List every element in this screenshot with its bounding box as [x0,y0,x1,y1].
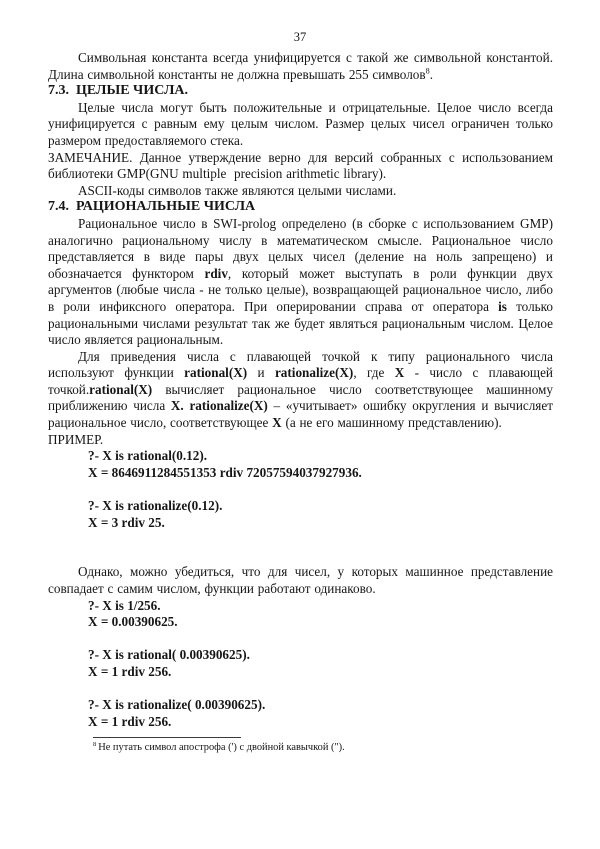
text-run: . [430,67,433,82]
text-run: Однако, можно убедиться, что для чисел, … [48,564,553,596]
text-run: ЗАМЕЧАНИЕ. Данное утверждение верно для … [48,150,553,182]
text-run: ПРИМЕР. [48,432,103,447]
paragraph: ASCII-коды символов также являются целым… [48,183,553,200]
text-run: X. rationalize(X) [171,398,268,413]
text-run: 7.4. РАЦИОНАЛЬНЫЕ ЧИСЛА [48,199,255,214]
footnote-text: 8Не путать символ апострофа (') с двойно… [93,741,553,754]
text-run: ASCII-коды символов также являются целым… [78,183,396,198]
footnote-area: 8Не путать символ апострофа (') с двойно… [93,737,553,754]
section-heading: 7.3. ЦЕЛЫЕ ЧИСЛА. [48,83,553,100]
code-line: X = 0.00390625. [48,614,553,631]
code-line: ?- X is rationalize( 0.00390625). [48,697,553,714]
text-run: rationalize(X) [275,365,353,380]
code-line: ?- X is rationalize(0.12). [48,498,553,515]
paragraph: Целые числа могут быть положительные и о… [48,100,553,150]
footnote-divider [93,737,241,738]
code-line: X = 1 rdiv 256. [48,664,553,681]
spacer [48,681,553,698]
text-run: rdiv [204,266,227,281]
paragraph: Однако, можно убедиться, что для чисел, … [48,564,553,597]
text-run: X [272,415,282,430]
paragraph: Рациональное число в SWI-prolog определе… [48,216,553,349]
text-run: 7.3. ЦЕЛЫЕ ЧИСЛА. [48,83,188,98]
code-line: ?- X is rational( 0.00390625). [48,647,553,664]
text-run: is [498,299,507,314]
code-block: ?- X is rational(0.12).X = 8646911284551… [48,448,553,481]
code-line: X = 3 rdiv 25. [48,515,553,532]
text-run: X [395,365,405,380]
code-line: X = 1 rdiv 256. [48,714,553,731]
paragraph: ЗАМЕЧАНИЕ. Данное утверждение верно для … [48,150,553,183]
code-block: ?- X is rational( 0.00390625).X = 1 rdiv… [48,647,553,680]
text-run: Целые числа могут быть положительные и о… [48,100,553,148]
paragraph: ПРИМЕР. [48,432,553,449]
spacer [48,531,553,564]
spacer [48,481,553,498]
text-run: и [247,365,275,380]
footnote-body: Не путать символ апострофа (') с двойной… [98,742,345,753]
code-block: ?- X is rationalize(0.12).X = 3 rdiv 25. [48,498,553,531]
text-run: Символьная константа всегда унифицируетс… [48,50,553,82]
code-block: ?- X is 1/256.X = 0.00390625. [48,598,553,631]
paragraph: Символьная константа всегда унифицируетс… [48,50,553,83]
section-heading: 7.4. РАЦИОНАЛЬНЫЕ ЧИСЛА [48,199,553,216]
paragraph: Для приведения числа с плавающей точкой … [48,349,553,432]
code-line: ?- X is 1/256. [48,598,553,615]
footnote-marker: 8 [93,741,96,748]
text-run: rational(X) [184,365,247,380]
text-run: rational(X) [89,382,152,397]
code-line: ?- X is rational(0.12). [48,448,553,465]
code-block: ?- X is rationalize( 0.00390625).X = 1 r… [48,697,553,730]
page-content: Символьная константа всегда унифицируетс… [48,50,553,730]
page-number: 37 [0,30,600,44]
code-line: X = 8646911284551353 rdiv 72057594037927… [48,465,553,482]
text-run: (а не его машинному представлению). [282,415,502,430]
spacer [48,631,553,648]
document-page: 37 Символьная константа всегда унифициру… [0,0,600,849]
text-run: , где [353,365,394,380]
